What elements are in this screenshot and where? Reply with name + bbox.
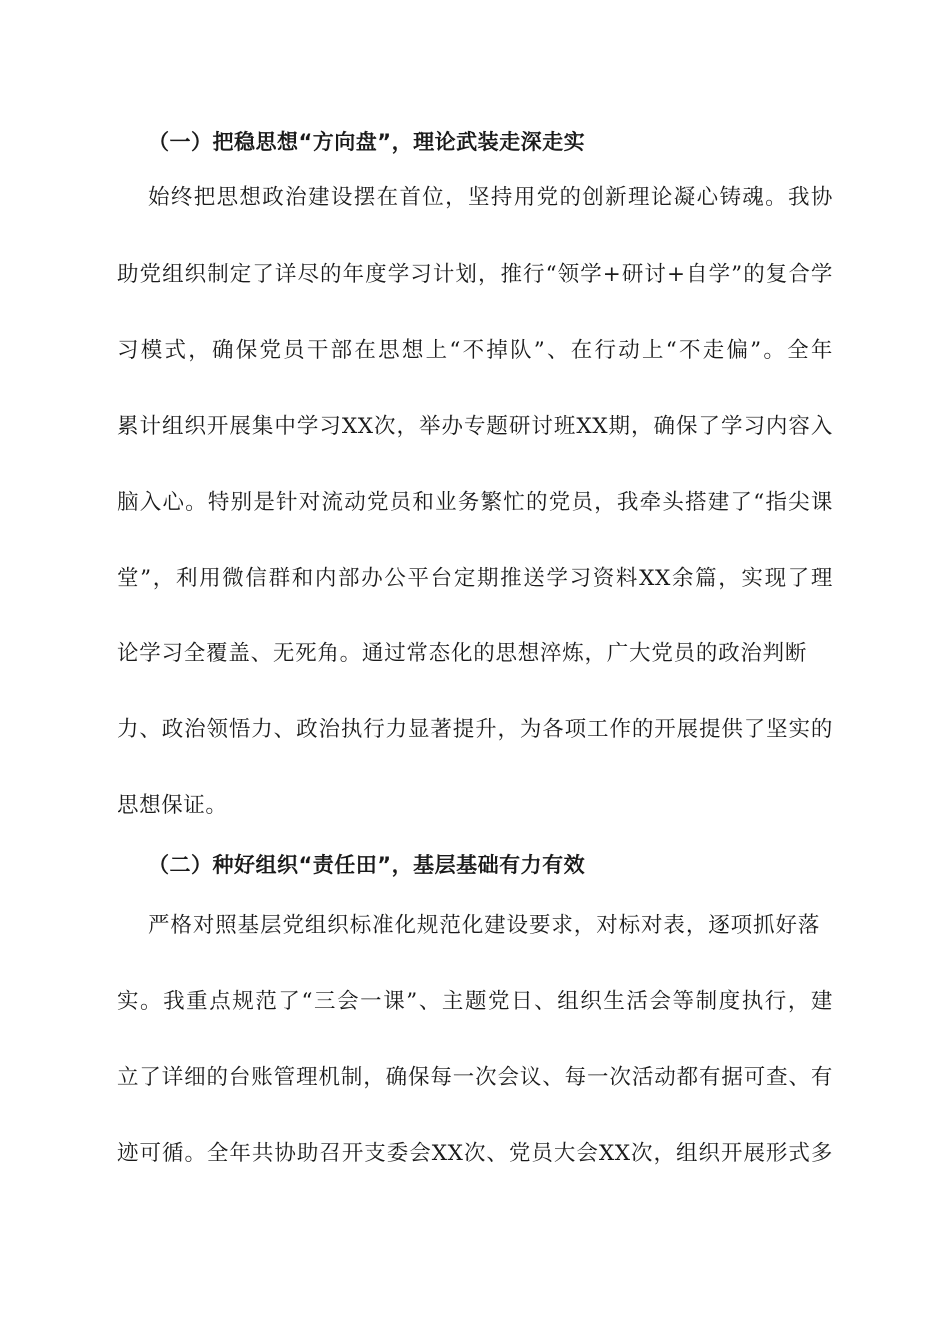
section-heading-1: （一）把稳思想“方向盘”，理论武装走深走实 (148, 127, 585, 157)
paragraph-line: 始终把思想政治建设摆在首位，坚持用党的创新理论凝心铸魂。我协 (148, 183, 833, 213)
paragraph-line: 助党组织制定了详尽的年度学习计划，推行“领学+研讨+自学”的复合学 (117, 260, 833, 290)
paragraph-line: 迹可循。全年共协助召开支委会XX次、党员大会XX次，组织开展形式多 (117, 1139, 833, 1169)
paragraph-line: 力、政治领悟力、政治执行力显著提升，为各项工作的开展提供了坚实的 (117, 715, 833, 745)
paragraph-line: 习模式，确保党员干部在思想上“不掉队”、在行动上“不走偏”。全年 (117, 336, 833, 366)
paragraph-line: 严格对照基层党组织标准化规范化建设要求，对标对表，逐项抓好落 (148, 911, 820, 941)
paragraph-line: 实。我重点规范了“三会一课”、主题党日、组织生活会等制度执行，建 (117, 987, 833, 1017)
paragraph-line: 堂”，利用微信群和内部办公平台定期推送学习资料XX余篇，实现了理 (117, 564, 833, 594)
section-heading-2: （二）种好组织“责任田”，基层基础有力有效 (148, 850, 585, 880)
paragraph-line: 思想保证。 (117, 791, 833, 821)
paragraph-line: 论学习全覆盖、无死角。通过常态化的思想淬炼，广大党员的政治判断 (117, 639, 807, 669)
document-page: （一）把稳思想“方向盘”，理论武装走深走实 始终把思想政治建设摆在首位，坚持用党… (0, 0, 950, 1344)
paragraph-line: 脑入心。特别是针对流动党员和业务繁忙的党员，我牵头搭建了“指尖课 (117, 488, 833, 518)
paragraph-line: 立了详细的台账管理机制，确保每一次会议、每一次活动都有据可查、有 (117, 1063, 833, 1093)
paragraph-line: 累计组织开展集中学习XX次，举办专题研讨班XX期，确保了学习内容入 (117, 412, 833, 442)
